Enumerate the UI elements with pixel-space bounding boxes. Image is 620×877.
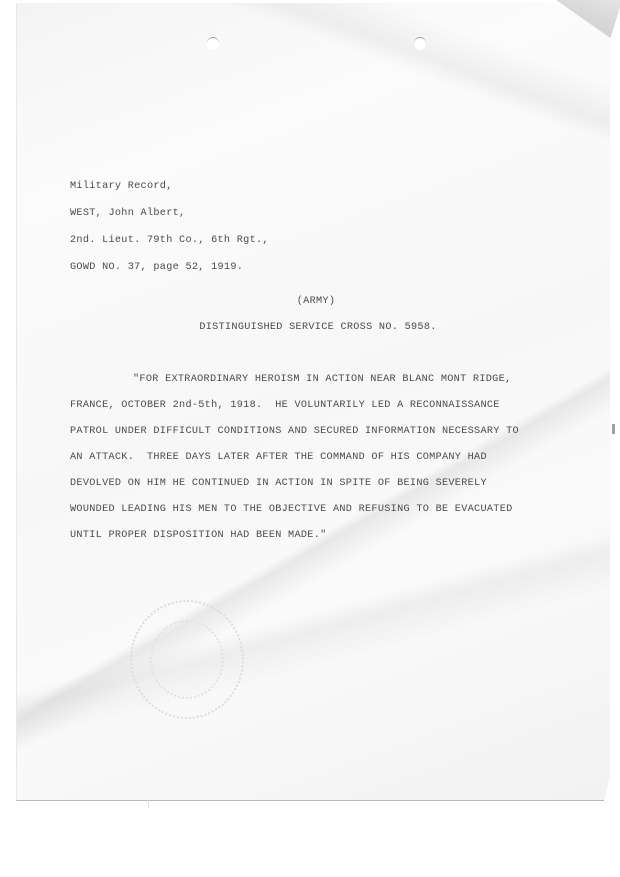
- citation-line: PATROL UNDER DIFFICULT CONDITIONS AND SE…: [70, 426, 519, 437]
- citation-line: AN ATTACK. THREE DAYS LATER AFTER THE CO…: [70, 452, 487, 463]
- citation-line: WOUNDED LEADING HIS MEN TO THE OBJECTIVE…: [70, 504, 513, 515]
- edge-mark: [612, 424, 615, 434]
- citation-line: FRANCE, OCTOBER 2nd-5th, 1918. HE VOLUNT…: [70, 400, 500, 411]
- header-name: WEST, John Albert,: [70, 208, 185, 219]
- header-rank-unit: 2nd. Lieut. 79th Co., 6th Rgt.,: [70, 235, 269, 246]
- punch-hole-left: [207, 37, 219, 50]
- citation-line: UNTIL PROPER DISPOSITION HAD BEEN MADE.": [70, 530, 327, 541]
- header-order-reference: GOWD NO. 37, page 52, 1919.: [70, 262, 243, 273]
- embossed-seal-icon: [130, 600, 244, 719]
- award-title: DISTINGUISHED SERVICE CROSS NO. 5958.: [8, 322, 620, 333]
- punch-hole-right: [414, 37, 426, 50]
- branch-label: (ARMY): [6, 296, 620, 307]
- citation-line: "FOR EXTRAORDINARY HEROISM IN ACTION NEA…: [133, 374, 511, 385]
- header-record-type: Military Record,: [70, 181, 173, 192]
- scan-artifact: [148, 800, 149, 808]
- citation-line: DEVOLVED ON HIM HE CONTINUED IN ACTION I…: [70, 478, 487, 489]
- seal-inner-ring: [150, 620, 224, 699]
